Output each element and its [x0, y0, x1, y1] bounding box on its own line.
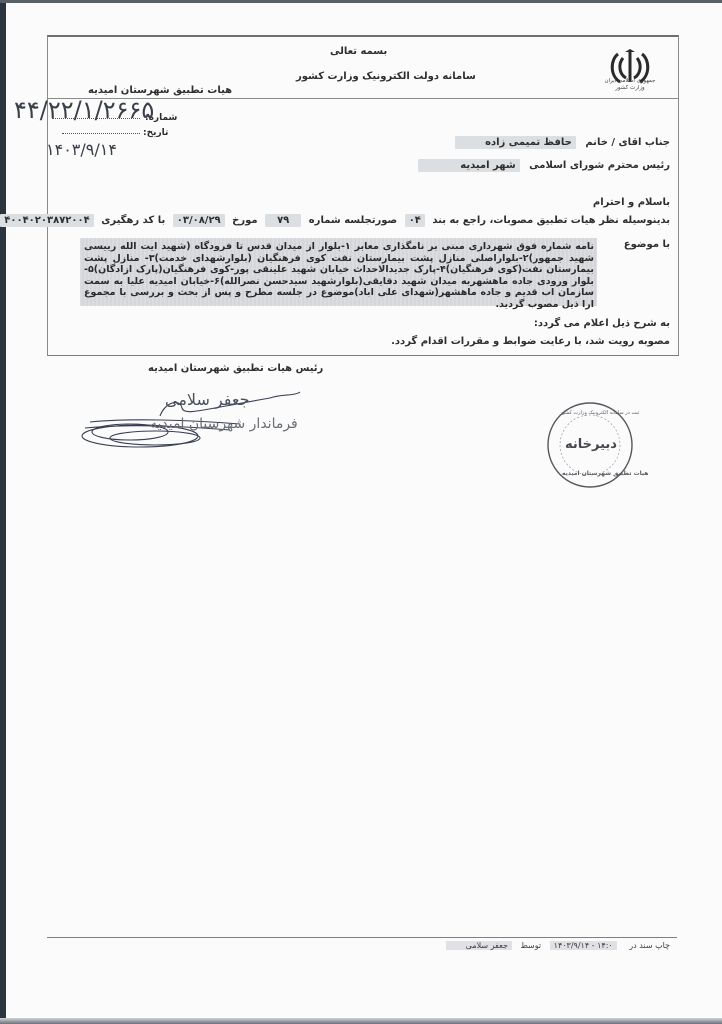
- dated-label: مورخ: [232, 215, 257, 226]
- handwritten-date: ۱۴۰۳/۹/۱۴: [46, 140, 117, 159]
- footer-print-info: چاپ سند در ۱۴:۰ - ۱۴۰۳/۹/۱۴ توسط جعفر سل…: [446, 941, 670, 950]
- recipient-title-line: رئیس محترم شورای اسلامی شهر امیدیه: [418, 160, 670, 171]
- decision-line: مصوبه رویت شد، با رعایت ضوابط و مقررات ا…: [391, 336, 670, 347]
- date-label: تاریخ:: [143, 128, 168, 138]
- signature-name: جعفر سلامی: [165, 390, 249, 409]
- organization-name: هیات تطبیق شهرستان امیدیه: [88, 85, 232, 96]
- recipient-line: جناب اقای / خانم حافظ تمیمی زاده: [455, 137, 670, 148]
- subject-text: نامه شماره فوق شهرداری مبنی بر نامگذاری …: [84, 241, 594, 310]
- recipient-title-label: رئیس محترم شورای اسلامی: [529, 160, 670, 171]
- subject-label: با موضوع: [624, 239, 670, 250]
- signature-title: فرماندار شهرستان امیدیه: [150, 416, 298, 432]
- minutes-number: ۷۹: [265, 214, 301, 227]
- system-title: سامانه دولت الکترونیک وزارت کشور: [296, 71, 476, 82]
- minutes-label: صورتجلسه شماره: [309, 215, 397, 226]
- stamp-ring-bottom: هیات تطبیق شهرستان امیدیه: [562, 470, 648, 477]
- council-name: شهر امیدیه: [418, 159, 519, 172]
- handwritten-number: ۴۴/۲۲/۱/۲۶۶۵: [14, 96, 154, 124]
- intro-line: بدینوسیله نظر هیات تطبیق مصوبات، راجع به…: [0, 215, 670, 226]
- stamp-ring-top: ثبت در سامانه الکترونیک وزارت کشور: [560, 410, 639, 416]
- scan-edge-bottom: [0, 1018, 722, 1024]
- signatory-position: رئیس هیات تطبیق شهرستان امیدیه: [148, 363, 323, 374]
- stamp-center-text: دبیرخانه: [565, 437, 617, 452]
- by-label: توسط: [520, 941, 541, 950]
- printed-label: چاپ سند در: [629, 941, 670, 950]
- recipient-name: حافظ تمیمی زاده: [455, 136, 576, 149]
- greeting: باسلام و احترام: [593, 197, 670, 208]
- emblem-caption-line1: جمهوری اسلامی ایران: [600, 78, 660, 85]
- printed-by: جعفر سلامی: [446, 941, 512, 950]
- intro-prefix: بدینوسیله نظر هیات تطبیق مصوبات، راجع به…: [432, 215, 670, 226]
- tracking-code: ۴۰۰۴۰۲۰۳۸۷۲۰۰۴: [0, 214, 93, 227]
- invocation-text: بسمه تعالی: [330, 46, 387, 57]
- salutation-label: جناب اقای / خانم: [585, 137, 670, 148]
- emblem-caption-line2: وزارت کشور: [600, 85, 660, 92]
- minutes-date: ۰۳/۰۸/۲۹: [173, 214, 225, 227]
- footer-divider: [47, 937, 677, 938]
- printed-datetime: ۱۴:۰ - ۱۴۰۳/۹/۱۴: [550, 941, 617, 950]
- date-dotted-line: [62, 133, 140, 134]
- emblem-caption: جمهوری اسلامی ایران وزارت کشور: [600, 78, 660, 92]
- tracking-label: با کد رهگیری: [101, 215, 165, 226]
- announce-line: به شرح ذیل اعلام می گردد:: [534, 318, 670, 329]
- clause-number: ۰۴: [405, 214, 425, 227]
